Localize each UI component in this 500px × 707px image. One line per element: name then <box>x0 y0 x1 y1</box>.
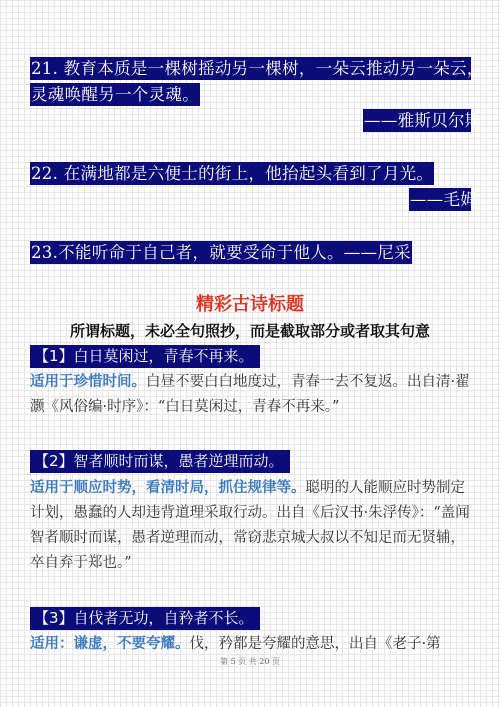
poem-3-heading: 【3】自伐者无功，自矜者不长。 <box>30 607 260 630</box>
quote-23: 23.不能听命于自己者，就要受命于他人。——尼采 <box>30 241 412 264</box>
quote-22-line1: 22. 在满地都是六便士的街上，他抬起头看到了月光。 <box>30 162 434 185</box>
poem-2-apply: 适用于顺应时势，看清时局，抓住规律等。 <box>30 480 306 496</box>
page-footer: 第 5 页 共 20 页 <box>0 656 500 667</box>
section-subtitle: 所谓标题，未必全句照抄，而是截取部分或者取其句意 <box>0 320 500 341</box>
poem-3-apply: 适用：谦虚，不要夸耀。 <box>30 636 190 652</box>
quote-21-line2: 灵魂唤醒另一个灵魂。 <box>30 83 200 106</box>
poem-1-heading: 【1】白日莫闲过，青春不再来。 <box>30 345 260 368</box>
section-title: 精彩古诗标题 <box>0 290 500 316</box>
poem-3-body: 伐，矜都是夸耀的意思，出自《老子·第 <box>190 636 441 652</box>
poem-1-apply: 适用于珍惜时间。 <box>30 374 146 390</box>
quote-22-author: ——毛姆 <box>409 188 471 211</box>
poem-1-paragraph: 适用于珍惜时间。白昼不要白白地度过，青春一去不复返。出自清·翟灏《风俗编·时序》… <box>30 370 475 420</box>
poem-2-paragraph: 适用于顺应时势，看清时局，抓住规律等。聪明的人能顺应时势制定计划，愚蠢的人却违背… <box>30 476 475 576</box>
quote-21-line1: 21. 教育本质是一棵树摇动另一棵树，一朵云推动另一朵云，一个 <box>30 57 471 80</box>
quote-21-author: ——雅斯贝尔斯 <box>363 109 471 132</box>
poem-2-heading: 【2】智者顺时而谋，愚者逆理而动。 <box>30 450 290 473</box>
poem-3-paragraph: 适用：谦虚，不要夸耀。伐，矜都是夸耀的意思，出自《老子·第 <box>30 632 475 657</box>
